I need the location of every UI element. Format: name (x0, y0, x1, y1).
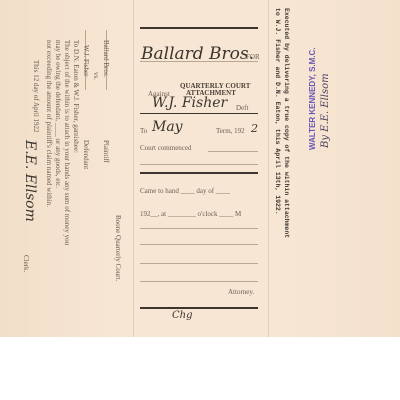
defendant-typed: W.J. Fisher (82, 45, 90, 76)
at-oclock-label: 192__, at ________ o'clock ____ M (140, 210, 241, 218)
plaintiff-label: Plaintiff (102, 140, 110, 163)
deft-label: Deft (236, 104, 248, 112)
blank-line-2 (140, 228, 258, 229)
object-line-2: may be owing the defendant, ____ or any … (54, 40, 62, 188)
fold-line-right (268, 0, 269, 337)
blank-line-4 (140, 263, 258, 264)
for-label: FOR (246, 53, 260, 61)
defendant-handwritten: W.J. Fisher (152, 95, 227, 111)
court-commenced-line (208, 151, 258, 152)
term-year-handwritten: 2 (251, 122, 258, 135)
bottom-handwritten: Chg (172, 310, 193, 321)
object-line-1: The object of the within is to attach in… (63, 40, 71, 245)
object-line-3: not exceeding the amount of plaintiff's … (45, 40, 53, 207)
clerk-signature: E.E. Ellsom (22, 140, 38, 222)
plaintiff-typed: Ballard Bros. (102, 40, 110, 77)
bottom-rule (140, 307, 258, 309)
defendant-line (140, 113, 258, 114)
blank-line-1 (140, 164, 258, 165)
attorney-label: Attorney. (228, 288, 254, 296)
plaintiff-line (140, 61, 258, 62)
fold-line-left (133, 0, 134, 337)
stamp-signature: By E.E. Ellsom (320, 73, 331, 148)
came-to-hand-label: Came to hand ____ day of ____ (140, 187, 230, 195)
term-handwritten: May (152, 119, 183, 135)
blank-line-5 (140, 281, 258, 282)
sheriff-stamp: WALTER KENNEDY, S.M.C. (308, 47, 317, 150)
to-garnishee-line: To D.N. Eaton & W.J. Fisher, garnishee: (72, 40, 80, 153)
top-rule (140, 27, 258, 29)
mid-rule (140, 172, 258, 174)
date-line: This 12 day of April 1922 (32, 60, 40, 133)
term-label: Term, 192 (216, 127, 245, 135)
return-text-line2: to W.J. Fisher and D.N. Eaton, this Apri… (274, 8, 281, 215)
return-text-line1: Executed by delivering a true copy of th… (283, 8, 290, 238)
court-label: Boone Quarterly Court. (114, 215, 122, 281)
clerk-label: Clerk. (22, 255, 30, 272)
court-commenced-label: Court commenced (140, 144, 192, 152)
document-paper: Ballard Bros. FOR QUARTERLY COURT Agains… (0, 0, 400, 337)
blank-line-3 (140, 244, 258, 245)
to-label: To (140, 127, 147, 135)
defendant-label: Defendant (82, 140, 90, 169)
vs-label: vs. (92, 72, 100, 80)
